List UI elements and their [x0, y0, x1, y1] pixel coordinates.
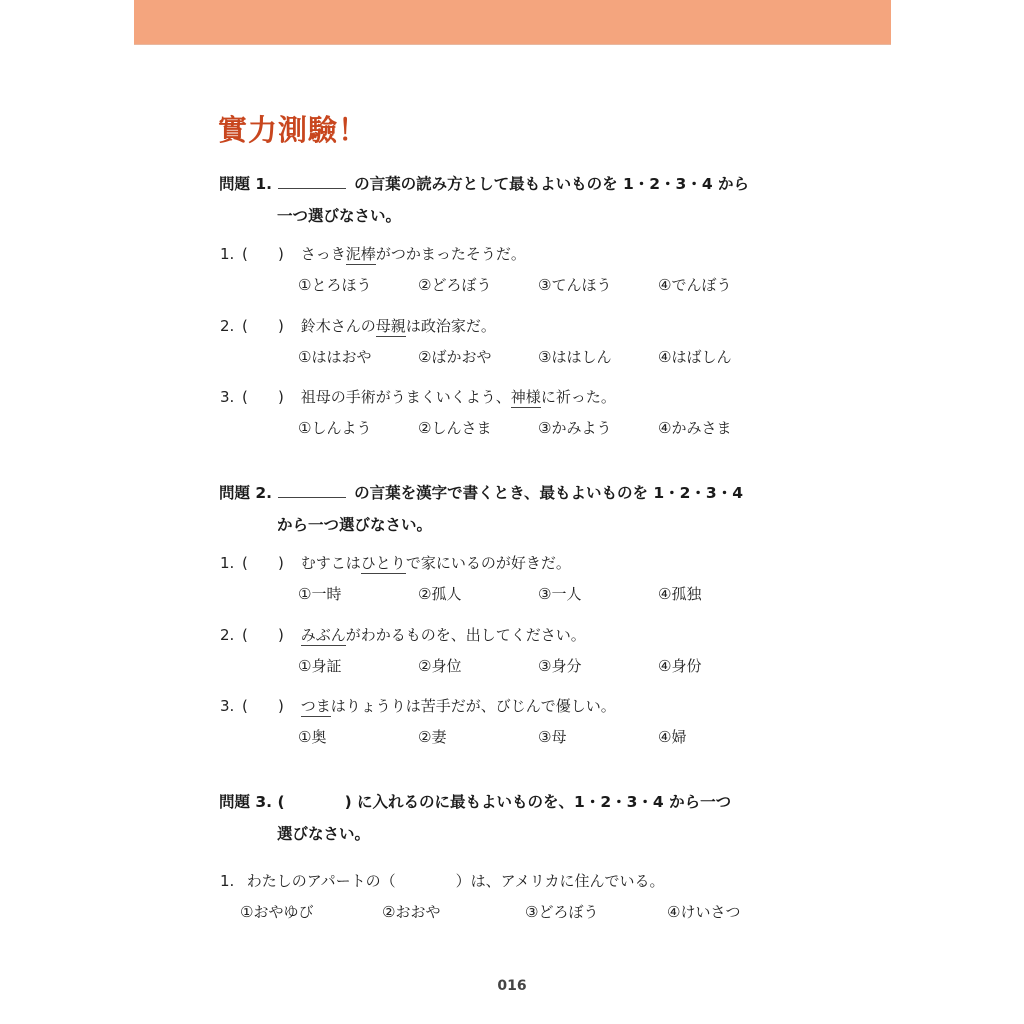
option[interactable]: ②ばかおや [418, 346, 491, 367]
option[interactable]: ②妻 [418, 726, 446, 747]
answer-paren[interactable]: ( [242, 388, 278, 406]
question-1-instruction: の言葉の読み方として最もよいものを 1・2・3・4 から [354, 175, 749, 193]
q1-item-2: 2.() 鈴木さんの母親は政治家だ。 [220, 315, 496, 336]
option[interactable]: ④かみさま [658, 417, 731, 438]
option[interactable]: ③ははしん [538, 346, 611, 367]
q2-item-1: 1.() むすこはひとりで家にいるのが好きだ。 [220, 552, 571, 573]
option[interactable]: ①とろほう [298, 274, 371, 295]
header-band [134, 0, 891, 45]
option[interactable]: ③一人 [538, 583, 581, 604]
option[interactable]: ①身証 [298, 655, 341, 676]
q1-item-3: 3.() 祖母の手術がうまくいくよう、神様に祈った。 [220, 386, 616, 407]
blank-line [278, 485, 346, 498]
option[interactable]: ③どろぼう [525, 901, 598, 922]
option[interactable]: ④でんぼう [658, 274, 731, 295]
question-3-label: 問題 3. ( [219, 793, 285, 811]
option[interactable]: ③母 [538, 726, 566, 747]
answer-paren[interactable]: ( [242, 626, 278, 644]
option[interactable]: ③てんほう [538, 274, 611, 295]
option[interactable]: ③身分 [538, 655, 581, 676]
question-2-instruction-cont: から一つ選びなさい。 [277, 513, 432, 535]
q3-item-1: 1. わたしのアパートの（）は、アメリカに住んでいる。 [220, 870, 665, 891]
q2-item-2: 2.() みぶんがわかるものを、出してください。 [220, 624, 586, 645]
q2-item-3: 3.() つまはりょうりは苦手だが、びじんで優しい。 [220, 695, 616, 716]
option[interactable]: ②身位 [418, 655, 461, 676]
option[interactable]: ①ははおや [298, 346, 371, 367]
question-1-heading: 問題 1.の言葉の読み方として最もよいものを 1・2・3・4 から 一つ選びなさ… [219, 172, 749, 194]
question-3-heading: 問題 3. () に入れるのに最もよいものを、1・2・3・4 から一つ 選びなさ… [219, 790, 731, 812]
answer-paren[interactable]: ( [242, 317, 278, 335]
answer-paren[interactable]: ( [242, 245, 278, 263]
question-3-instruction: ) に入れるのに最もよいものを、1・2・3・4 から一つ [345, 793, 732, 811]
option[interactable]: ④けいさつ [667, 901, 740, 922]
option[interactable]: ④身份 [658, 655, 701, 676]
question-2-instruction: の言葉を漢字で書くとき、最もよいものを 1・2・3・4 [354, 484, 743, 502]
answer-paren[interactable]: ( [242, 697, 278, 715]
underlined-word: つま [301, 697, 331, 717]
option[interactable]: ④はばしん [658, 346, 731, 367]
option[interactable]: ①奥 [298, 726, 326, 747]
underlined-word: 母親 [376, 317, 406, 337]
underlined-word: 泥棒 [346, 245, 376, 265]
question-3-instruction-cont: 選びなさい。 [277, 822, 370, 844]
underlined-word: みぶん [301, 626, 346, 646]
option[interactable]: ④孤独 [658, 583, 701, 604]
page-title: 實力測驗！ [218, 108, 368, 149]
question-2-label: 問題 2. [219, 484, 272, 502]
page-number: 016 [0, 978, 1024, 994]
option[interactable]: ②どろぼう [418, 274, 491, 295]
option[interactable]: ①一時 [298, 583, 341, 604]
question-2-heading: 問題 2.の言葉を漢字で書くとき、最もよいものを 1・2・3・4 から一つ選びな… [219, 481, 743, 503]
underlined-word: ひとり [361, 554, 406, 574]
q1-item-1: 1.() さっき泥棒がつかまったそうだ。 [220, 243, 526, 264]
answer-paren[interactable]: ( [242, 554, 278, 572]
option[interactable]: ②しんさま [418, 417, 491, 438]
question-1-instruction-cont: 一つ選びなさい。 [277, 204, 401, 226]
option[interactable]: ①おやゆび [240, 901, 313, 922]
option[interactable]: ②孤人 [418, 583, 461, 604]
option[interactable]: ③かみよう [538, 417, 611, 438]
option[interactable]: ②おおや [382, 901, 440, 922]
option[interactable]: ④婦 [658, 726, 686, 747]
option[interactable]: ①しんよう [298, 417, 371, 438]
question-1-label: 問題 1. [219, 175, 272, 193]
blank-line [278, 176, 346, 189]
underlined-word: 神様 [511, 388, 541, 408]
